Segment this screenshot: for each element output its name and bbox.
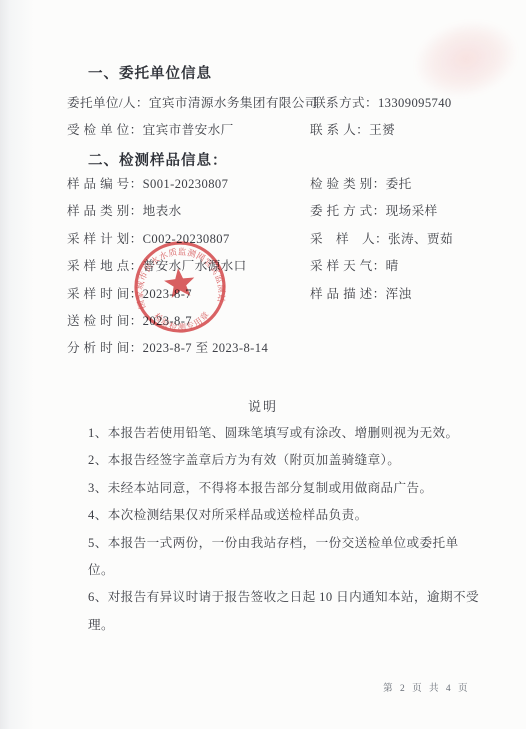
star-icon [163, 267, 196, 299]
field-label: 委托单位/人： [67, 96, 149, 110]
field-right: 检 验 类 别：委托 [310, 171, 412, 198]
seal-bottom-text-holder: 检验检测专用章 [151, 306, 213, 336]
page-number: 第 2 页 共 4 页 [0, 680, 470, 694]
note-item: 2、本报告经签字盖章后方为有效（附页加盖骑缝章）。 [88, 447, 482, 474]
field-value: 13309095740 [378, 96, 452, 110]
field-right: 联系方式：13309095740 [313, 90, 452, 117]
field-value: 浑浊 [386, 287, 412, 301]
report-page: 一、委托单位信息 委托单位/人：宜宾市清源水务集团有限公司 联系方式：13309… [0, 0, 526, 729]
section1-title: 一、委托单位信息 [88, 62, 212, 83]
section1-rows: 委托单位/人：宜宾市清源水务集团有限公司 联系方式：13309095740 受 … [67, 90, 506, 145]
info-row: 受 检 单 位：宜宾市普安水厂 联 系 人：王赟 [67, 117, 506, 144]
field-label: 检 验 类 别： [310, 177, 386, 191]
info-row: 样 品 编 号：S001-20230807 检 验 类 别：委托 [67, 171, 506, 198]
field-value: 地表水 [143, 204, 182, 218]
field-label: 样 品 编 号： [67, 177, 143, 191]
info-row: 委托单位/人：宜宾市清源水务集团有限公司 联系方式：13309095740 [67, 90, 506, 117]
field-right: 采 样 天 气：晴 [310, 253, 399, 280]
note-item: 4、本次检测结果仅对所采样品或送检样品负责。 [88, 502, 482, 529]
field-label: 采 样 人： [310, 232, 388, 246]
stamp-seal: 国家城市供水水质监测网宜宾监测站 检验检测专用章 [120, 227, 241, 348]
note-item: 1、本报告若使用铅笔、圆珠笔填写或有涂改、增删则视为无效。 [88, 420, 482, 447]
field-value: 张涛、贾茹 [388, 232, 453, 246]
field-label: 受 检 单 位： [67, 123, 143, 137]
field-right: 委 托 方 式：现场采样 [310, 198, 438, 225]
notes-list: 1、本报告若使用铅笔、圆珠笔填写或有涂改、增删则视为无效。 2、本报告经签字盖章… [88, 420, 482, 639]
field-value: 王赟 [369, 123, 395, 137]
field-value: 现场采样 [386, 204, 438, 218]
field-label: 采 样 天 气： [310, 259, 386, 273]
field-label: 联系方式： [313, 96, 378, 110]
field-right: 联 系 人：王赟 [310, 117, 395, 144]
note-item: 3、未经本站同意，不得将本报告部分复制或用做商品广告。 [88, 475, 482, 502]
field-value: 宜宾市普安水厂 [143, 123, 234, 137]
section2-title: 二、检测样品信息： [88, 149, 228, 170]
field-value: 委托 [386, 177, 412, 191]
seal-bottom-text: 检验检测专用章 [151, 306, 213, 336]
field-value: 晴 [386, 259, 399, 273]
notes-title: 说明 [0, 396, 526, 415]
field-label: 委 托 方 式： [310, 204, 386, 218]
field-value: 宜宾市清源水务集团有限公司 [149, 96, 318, 110]
field-label: 联 系 人： [310, 123, 369, 137]
note-item: 5、本报告一式两份，一份由我站存档，一份交送检单位或委托单位。 [88, 530, 482, 585]
note-item: 6、对报告有异议时请于报告签收之日起 10 日内通知本站，逾期不受理。 [88, 584, 482, 639]
field-value: S001-20230807 [143, 177, 229, 191]
field-label: 样 品 描 述： [310, 287, 386, 301]
field-right: 样 品 描 述：浑浊 [310, 281, 412, 308]
field-label: 样 品 类 别： [67, 204, 143, 218]
info-row: 样 品 类 别：地表水 委 托 方 式：现场采样 [67, 198, 506, 225]
field-right: 采 样 人：张涛、贾茹 [310, 226, 453, 253]
